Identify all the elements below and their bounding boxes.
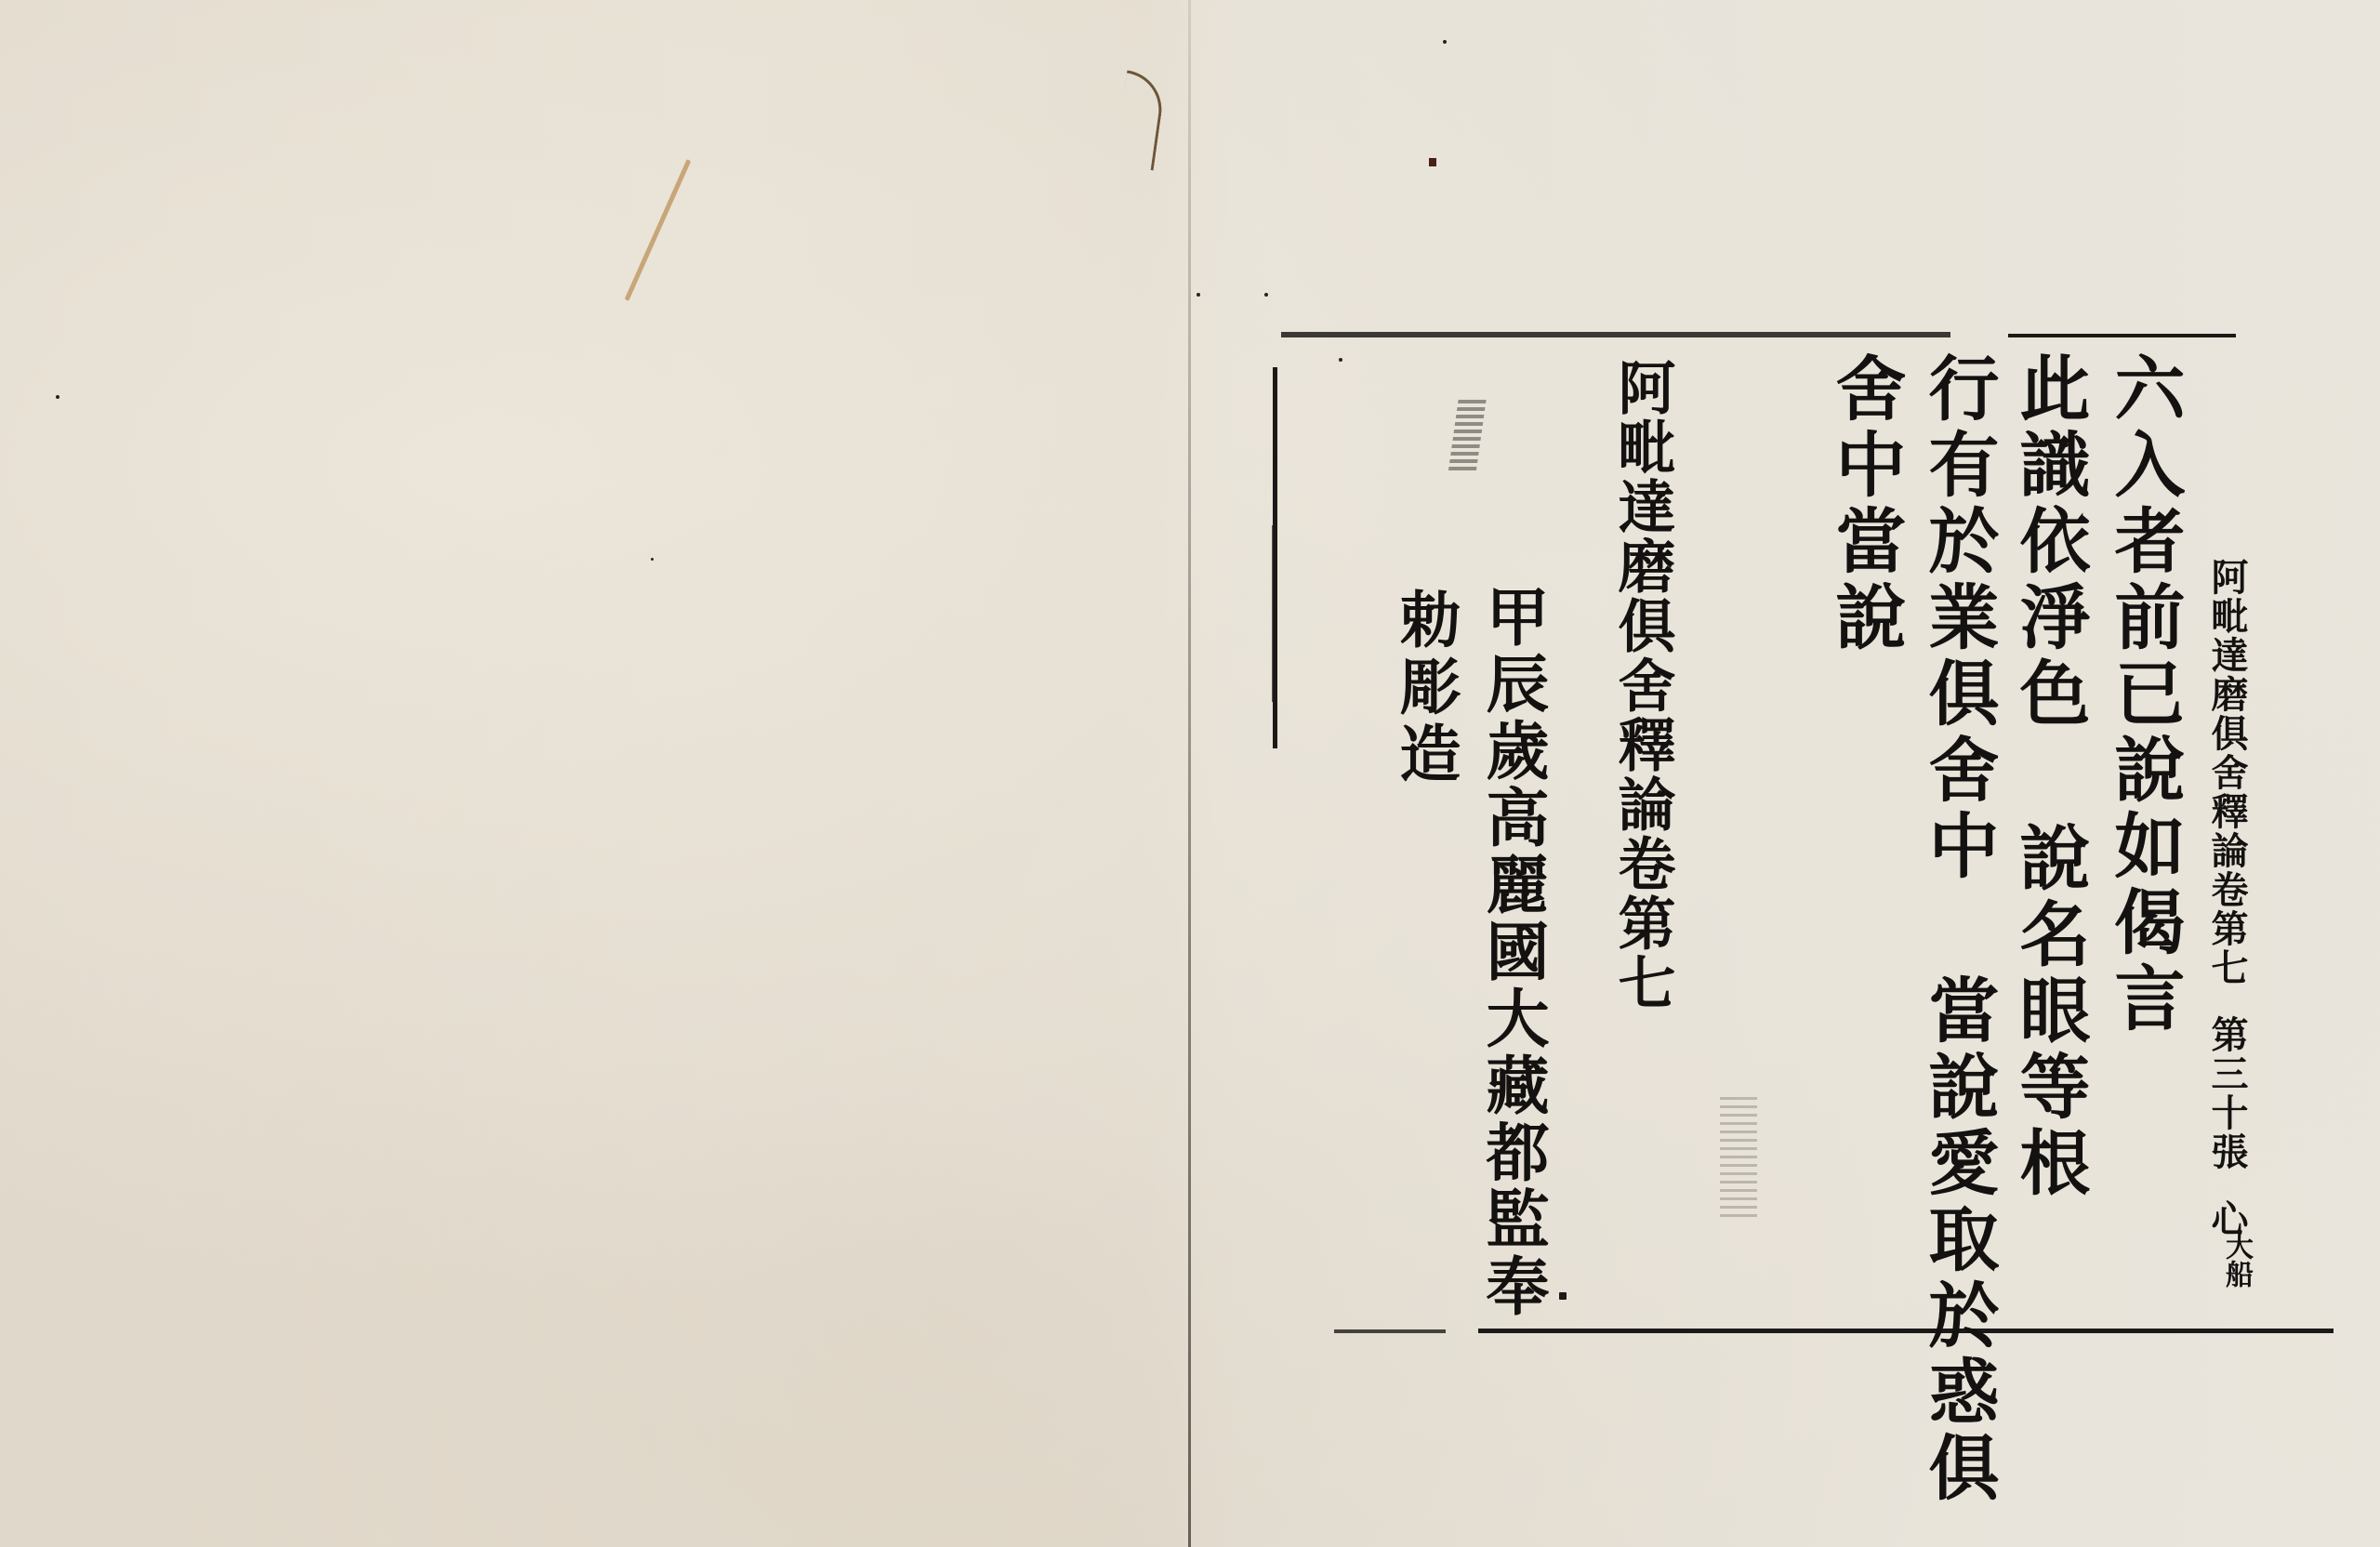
page-fold-line bbox=[1188, 0, 1191, 1547]
paper-speck bbox=[1197, 293, 1200, 297]
body-column-2: 此識依淨色 說名眼等根 bbox=[2014, 351, 2084, 1202]
border-bottom-rule-left bbox=[1334, 1329, 1446, 1333]
margin-sheet-number: 第三十張 bbox=[2205, 1015, 2249, 1171]
paper-speck bbox=[1443, 40, 1447, 44]
paper-speck bbox=[1339, 358, 1342, 362]
paper-speck bbox=[56, 395, 59, 399]
colophon-dot bbox=[1559, 1292, 1567, 1300]
colophon-line-1: 甲辰歲高麗國大藏都監奉 bbox=[1481, 584, 1544, 1320]
colophon-line-2: 勅彫造 bbox=[1395, 588, 1456, 788]
border-top-rule bbox=[1281, 332, 1950, 337]
border-top-rule-right bbox=[2008, 334, 2236, 337]
paper-speck bbox=[651, 558, 654, 561]
body-column-4: 舍中當說 bbox=[1830, 351, 1900, 656]
paper-speck bbox=[1429, 158, 1436, 166]
margin-title: 阿毗達磨俱舍釋論卷第七 bbox=[2205, 558, 2249, 987]
margin-case-mark: 大船 bbox=[2215, 1232, 2256, 1288]
border-left-rule-lower bbox=[1272, 525, 1276, 702]
faint-ink-mark-lower bbox=[1720, 1097, 1757, 1218]
closing-title: 阿毗達磨俱舍釋論卷第七 bbox=[1613, 358, 1671, 1012]
body-column-1: 六入者前已說如偈言 bbox=[2109, 351, 2179, 1038]
border-bottom-rule bbox=[1478, 1329, 2334, 1333]
margin-label: 阿毗達磨俱舍釋論卷第七第三十張心 bbox=[2208, 558, 2245, 1238]
body-column-3: 行有於業俱舍中 當說愛取於惑俱 bbox=[1923, 351, 1993, 1507]
paper-speck bbox=[1264, 293, 1268, 297]
